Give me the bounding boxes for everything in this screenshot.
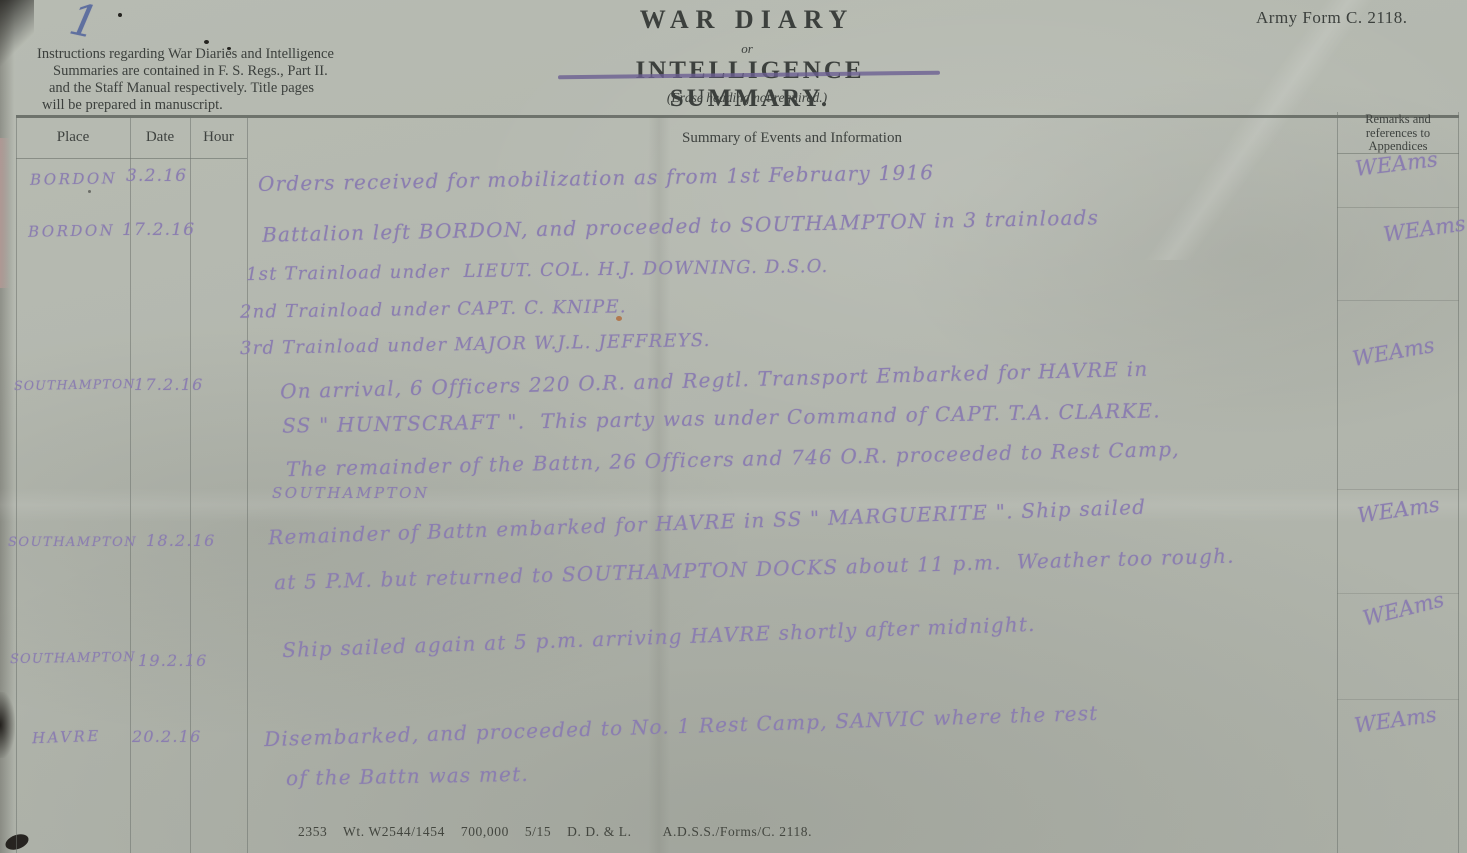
instructions-note: Instructions regarding War Diaries and I…	[37, 46, 334, 114]
place-cell: BORDON	[28, 221, 116, 241]
table-left-rule	[16, 115, 17, 853]
ink-blot-bottom-left	[3, 831, 30, 852]
ink-blot-left	[0, 692, 15, 758]
summary-line: 3rd Trainload under MAJOR W.J.L. JEFFREY…	[240, 330, 711, 359]
remark-signature: WEAms	[1353, 702, 1438, 737]
ink-speck	[118, 13, 122, 17]
instructions-line: will be prepared in manuscript.	[42, 97, 334, 114]
place-cell: BORDON	[30, 169, 118, 189]
summary-line: The remainder of the Battn, 26 Officers …	[286, 437, 1180, 481]
place-cell: HAVRE	[32, 727, 101, 747]
remark-signature: WEAms	[1382, 211, 1467, 246]
remarks-header-line: references to	[1337, 127, 1459, 141]
summary-line: Ship sailed again at 5 p.m. arriving HAV…	[282, 612, 1036, 662]
summary-line: 1st Trainload under LIEUT. COL. H.J. DOW…	[246, 256, 829, 285]
summary-remarks-divider	[1337, 112, 1338, 853]
title-conjunction: or	[597, 41, 897, 57]
date-cell: 18.2.16	[146, 531, 215, 550]
form-imprint-footer: 2353 Wt. W2544/1454 700,000 5/15 D. D. &…	[298, 824, 812, 840]
left-edge-shadow	[0, 0, 16, 853]
ink-speck	[88, 190, 91, 193]
place-cell: SOUTHAMPTON	[10, 650, 136, 667]
place-cell: SOUTHAMPTON	[8, 535, 137, 550]
hour-summary-divider	[247, 115, 248, 853]
remarks-header-line: Remarks and	[1337, 113, 1459, 127]
col-header-place: Place	[16, 129, 130, 146]
col-header-date: Date	[130, 129, 190, 146]
remark-signature: WEAms	[1351, 333, 1437, 371]
place-cell: SOUTHAMPTON	[14, 376, 136, 393]
summary-line: Battalion left BORDON, and proceeded to …	[262, 205, 1099, 247]
remarks-row-rule	[1337, 489, 1459, 490]
war-diary-page: 1 Army Form C. 2118. WAR DIARY or INTELL…	[0, 0, 1467, 853]
header-bottom-rule	[16, 158, 247, 159]
army-form-number: Army Form C. 2118.	[1256, 8, 1407, 28]
remark-signature: WEAms	[1356, 492, 1441, 527]
remarks-row-rule	[1337, 207, 1459, 208]
page-number-mark: 1	[65, 0, 103, 49]
summary-line: On arrival, 6 Officers 220 O.R. and Regt…	[280, 357, 1149, 404]
col-header-summary: Summary of Events and Information	[247, 130, 1337, 147]
summary-line: Orders received for mobilization as from…	[258, 160, 935, 196]
date-cell: 17.2.16	[122, 220, 195, 240]
summary-line: of the Battn was met.	[286, 762, 529, 790]
left-edge-pink-tint	[0, 138, 12, 288]
summary-line: SOUTHAMPTON	[272, 484, 430, 502]
summary-line: 2nd Trainload under CAPT. C. KNIPE.	[240, 296, 627, 322]
ink-speck	[204, 40, 209, 44]
remarks-row-rule	[1337, 300, 1459, 301]
instructions-line: and the Staff Manual respectively. Title…	[49, 80, 334, 97]
summary-line: Remainder of Battn embarked for HAVRE in…	[268, 495, 1147, 550]
date-cell: 3.2.16	[126, 166, 187, 186]
col-header-hour: Hour	[190, 129, 247, 146]
date-cell: 20.2.16	[132, 727, 201, 746]
erase-note: (Erase heading not required.)	[597, 90, 897, 106]
date-cell: 19.2.16	[138, 651, 207, 670]
summary-line: at 5 P.M. but returned to SOUTHAMPTON DO…	[274, 544, 1235, 595]
col-header-remarks: Remarks and references to Appendices	[1337, 113, 1459, 154]
summary-line: SS " HUNTSCRAFT ". This party was under …	[282, 398, 1161, 437]
instructions-line: Summaries are contained in F. S. Regs., …	[53, 63, 334, 80]
table-top-rule	[16, 115, 1459, 118]
remarks-row-rule	[1337, 699, 1459, 700]
instructions-line: Instructions regarding War Diaries and I…	[37, 46, 334, 63]
war-diary-title: WAR DIARY	[597, 5, 897, 35]
summary-line: Disembarked, and proceeded to No. 1 Rest…	[264, 701, 1099, 751]
date-cell: 17.2.16	[134, 375, 203, 394]
corner-shadow	[0, 0, 34, 70]
